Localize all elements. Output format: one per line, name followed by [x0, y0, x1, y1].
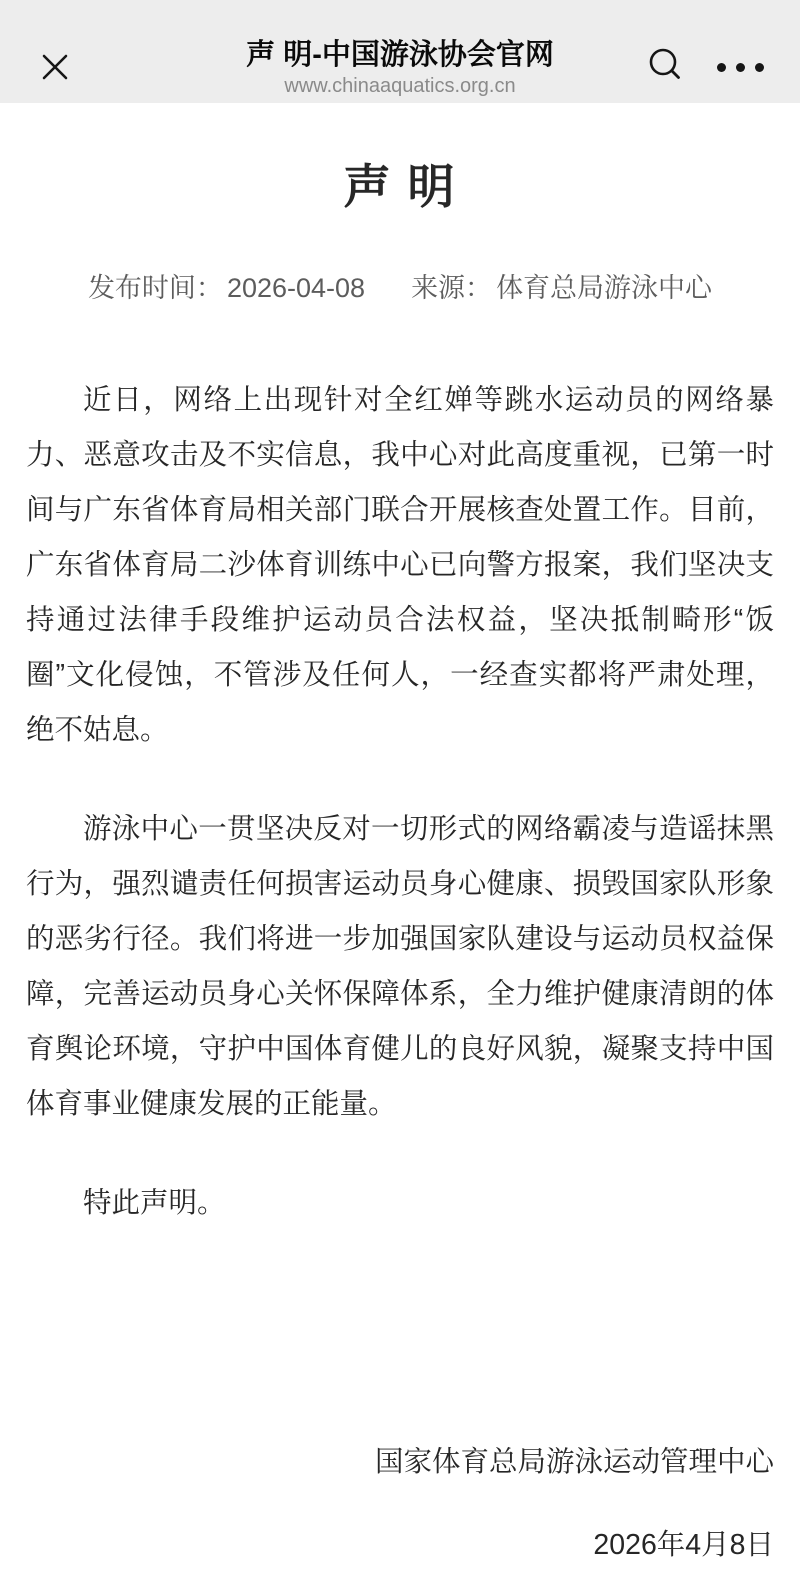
article: 声 明 发布时间：2026-04-08来源：体育总局游泳中心 近日，网络上出现针… — [0, 159, 800, 1573]
page-title: 声 明-中国游泳协会官网 — [100, 37, 700, 73]
more-button[interactable] — [708, 49, 772, 85]
source-value: 体育总局游泳中心 — [496, 273, 712, 303]
browser-header: 声 明-中国游泳协会官网 www.chinaaquatics.org.cn — [0, 0, 800, 103]
more-icon — [717, 63, 726, 72]
close-icon — [37, 49, 73, 85]
closing-paragraph: 特此声明。 — [26, 1176, 774, 1231]
page-title-block: 声 明-中国游泳协会官网 www.chinaaquatics.org.cn — [100, 37, 700, 99]
article-title: 声 明 — [26, 159, 774, 215]
search-button[interactable] — [642, 42, 688, 88]
signature-date: 2026年4月8日 — [26, 1518, 774, 1573]
page-url: www.chinaaquatics.org.cn — [100, 73, 700, 99]
more-icon — [736, 63, 745, 72]
article-body: 近日，网络上出现针对全红婵等跳水运动员的网络暴力、恶意攻击及不实信息，我中心对此… — [26, 373, 774, 1231]
source-label: 来源： — [411, 273, 492, 303]
paragraph-2: 游泳中心一贯坚决反对一切形式的网络霸凌与造谣抹黑行为，强烈谴责任何损害运动员身心… — [26, 802, 774, 1132]
paragraph-1: 近日，网络上出现针对全红婵等跳水运动员的网络暴力、恶意攻击及不实信息，我中心对此… — [26, 373, 774, 758]
more-icon — [755, 63, 764, 72]
search-icon — [644, 44, 686, 86]
publish-time-label: 发布时间： — [88, 273, 223, 303]
article-meta: 发布时间：2026-04-08来源：体育总局游泳中心 — [26, 271, 774, 305]
publish-date: 2026-04-08 — [227, 273, 365, 303]
signature: 国家体育总局游泳运动管理中心 — [26, 1435, 774, 1490]
close-button[interactable] — [34, 46, 76, 88]
